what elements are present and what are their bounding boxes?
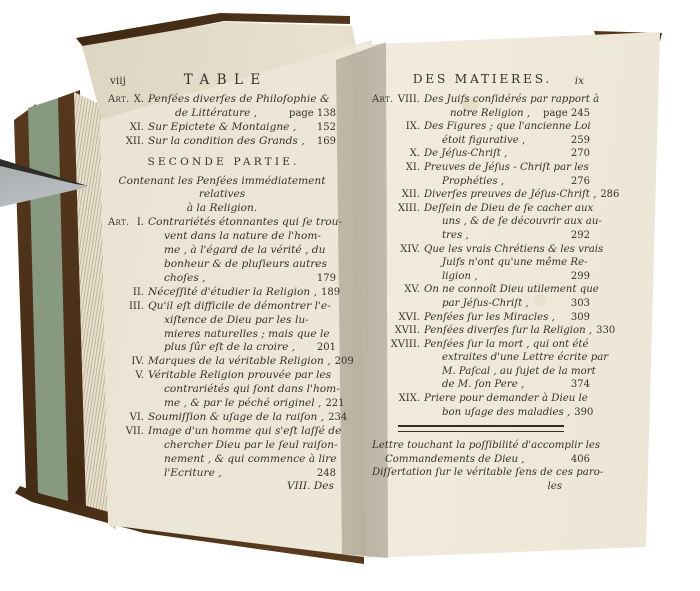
toc-line: tres ,292	[372, 229, 590, 243]
toc-line: Prophéties ,276	[372, 175, 590, 189]
toc-line-head: Art.X.	[108, 93, 148, 107]
toc-line: Lettre touchant la poſſibilité d'accompl…	[372, 439, 590, 453]
toc-entry-text: Diverſes preuves de Jéſus-Chriſt ,	[424, 188, 596, 202]
toc-entry-text: Deſſein de Dieu de ſe cacher aux	[424, 202, 593, 216]
toc-page-number: 330	[592, 324, 615, 338]
article-numeral: V.	[135, 369, 148, 383]
toc-line-head: IV.	[108, 355, 148, 369]
toc-line: Diſſertation ſur le véritable ſens de ce…	[372, 466, 590, 480]
toc-entry-text: notre Religion ,	[372, 107, 530, 121]
toc-line: me , à l'égard de la vérité , du	[108, 244, 336, 258]
toc-line: III.Qu'il eſt difficile de démontrer l'e…	[108, 300, 336, 314]
toc-line: bon uſage des maladies ,390	[372, 406, 590, 420]
toc-line-head: XI.	[108, 121, 148, 135]
toc-line-head: XI.	[372, 161, 424, 175]
article-numeral: II.	[133, 286, 148, 300]
toc-line: choſes ,179	[108, 272, 336, 286]
toc-line-head: V.	[108, 369, 148, 383]
toc-entry-text: ligion ,	[372, 270, 477, 284]
toc-entry-text: chercher Dieu par le ſeul raiſon-	[108, 439, 338, 453]
toc-entry-text: Néceſſité d'étudier la Religion ,	[148, 286, 317, 300]
toc-page-number: 406	[567, 453, 590, 467]
left-page-header: viij TABLE	[108, 72, 336, 90]
article-numeral: VII.	[126, 425, 148, 439]
toc-entry-text: Sur la condition des Grands ,	[148, 135, 305, 149]
toc-line: de Littérature ,page 138	[108, 107, 336, 121]
toc-entry-text: Penſées diverſes de Philoſophie &	[148, 93, 329, 107]
toc-line: à la Religion.	[108, 202, 336, 216]
toc-entry-text: Lettre touchant la poſſibilité d'accompl…	[372, 439, 600, 453]
toc-entry-text: Qu'il eſt difficile de démontrer l'e-	[148, 300, 331, 314]
toc-entry-text: nement , & qui commence à lire	[108, 453, 337, 467]
article-numeral: VI.	[130, 411, 148, 425]
article-numeral: XV.	[404, 283, 424, 297]
toc-line: par Jéſus-Chriſt ,303	[372, 297, 590, 311]
toc-entry-text: Sur Epictete & Montaigne ,	[148, 121, 296, 135]
toc-entry-text: Des Juifs conſidérés par rapport à	[424, 93, 599, 107]
toc-page-number: 390	[570, 406, 593, 420]
toc-line: uns , & de ſe découvrir aux au-	[372, 215, 590, 229]
toc-entry-text: Contrariétés étonnantes qui ſe trou-	[148, 216, 342, 230]
article-label: Art.	[108, 93, 129, 107]
toc-line: les	[372, 480, 590, 494]
toc-line: me , & par le péché originel ,221	[108, 397, 336, 411]
toc-line: étoit figurative ,259	[372, 134, 590, 148]
toc-line: plus ſûr eſt de la croire ,201	[108, 341, 336, 355]
toc-line-head: X.	[372, 147, 424, 161]
toc-entry-text: mieres naturelles ; mais que le	[108, 328, 330, 342]
toc-page-number: 286	[596, 188, 619, 202]
toc-page-number: 292	[567, 229, 590, 243]
book-photo: viij TABLE Art.X.Penſées diverſes de Phi…	[0, 0, 700, 591]
toc-entry-text: On ne connoît Dieu utilement que	[424, 283, 599, 297]
toc-line: de M. ſon Pere ,374	[372, 378, 590, 392]
toc-line-head: XVI.	[372, 311, 424, 325]
toc-line: IV.Marques de la véritable Religion ,209	[108, 355, 336, 369]
article-numeral: XI.	[130, 121, 148, 135]
toc-line: XIX.Priere pour demander à Dieu le	[372, 392, 590, 406]
toc-entry-text: De Jéſus-Chriſt ,	[424, 147, 507, 161]
toc-page-number: 299	[567, 270, 590, 284]
toc-line: xiſtence de Dieu par les lu-	[108, 314, 336, 328]
toc-entry-text: Penſées diverſes ſur la Religion ,	[424, 324, 592, 338]
toc-line-head: XII.	[108, 135, 148, 149]
toc-entry-text: contrariétés qui ſont dans l'hom-	[108, 383, 340, 397]
toc-line: XI.Preuves de Jéſus - Chriſt par les	[372, 161, 590, 175]
toc-line-head: XIII.	[372, 202, 424, 216]
article-numeral: III.	[129, 300, 148, 314]
toc-page-number: 270	[567, 147, 590, 161]
toc-entry-text: Commandements de Dieu ,	[372, 453, 525, 467]
toc-line: VI.Soumiſſion & uſage de la raiſon ,234	[108, 411, 336, 425]
toc-page-number: 221	[321, 397, 344, 411]
toc-page-number: page 245	[539, 107, 590, 121]
toc-entry-text: de Littérature ,	[108, 107, 257, 121]
toc-entry-text: Penſées ſur les Miracles ,	[424, 311, 555, 325]
toc-page-number: 259	[567, 134, 590, 148]
toc-line: X.De Jéſus-Chriſt ,270	[372, 147, 590, 161]
toc-line-head: VII.	[108, 425, 148, 439]
toc-page-number: 209	[331, 355, 354, 369]
toc-entry-text: M. Paſcal , au ſujet de la mort	[372, 365, 596, 379]
article-numeral: I.	[137, 216, 148, 230]
article-label: Art.	[108, 216, 129, 230]
toc-line: Commandements de Dieu ,406	[372, 453, 590, 467]
article-numeral: XVI.	[399, 311, 424, 325]
article-numeral: XIV.	[400, 243, 424, 257]
toc-line: V.Véritable Religion prouvée par les	[108, 369, 336, 383]
toc-line: IX.Des Figures ; que l'ancienne Loi	[372, 120, 590, 134]
toc-page-number: 189	[317, 286, 340, 300]
folio-number-right: ix	[575, 75, 584, 87]
toc-line: Art.X.Penſées diverſes de Philoſophie &	[108, 93, 336, 107]
toc-entry-text: Des Figures ; que l'ancienne Loi	[424, 120, 591, 134]
toc-entry-text: Image d'un homme qui s'eſt laſſé de	[148, 425, 341, 439]
toc-entry-text: tres ,	[372, 229, 469, 243]
toc-line: XI.Sur Epictete & Montaigne ,152	[108, 121, 336, 135]
toc-line: extraites d'une Lettre écrite par	[372, 351, 590, 365]
toc-entry-text: Preuves de Jéſus - Chriſt par les	[424, 161, 589, 175]
toc-line: vent dans la nature de l'hom-	[108, 230, 336, 244]
toc-entry-text: Soumiſſion & uſage de la raiſon ,	[148, 411, 324, 425]
toc-line: XII.Diverſes preuves de Jéſus-Chriſt ,28…	[372, 188, 590, 202]
toc-entry-text: xiſtence de Dieu par les lu-	[108, 314, 309, 328]
toc-line-head: VI.	[108, 411, 148, 425]
toc-entry-text: Juifs n'ont qu'une même Re-	[372, 256, 588, 270]
toc-entry-text: Véritable Religion prouvée par les	[148, 369, 331, 383]
article-numeral: X.	[410, 147, 424, 161]
running-title-left: TABLE	[108, 72, 336, 88]
toc-line-head: XII.	[372, 188, 424, 202]
toc-entry-text: par Jéſus-Chriſt ,	[372, 297, 529, 311]
toc-page-number: 152	[313, 121, 336, 135]
toc-entry-text: Prophéties ,	[372, 175, 504, 189]
toc-line: VII.Image d'un homme qui s'eſt laſſé de	[108, 425, 336, 439]
toc-line: Art.I.Contrariétés étonnantes qui ſe tro…	[108, 216, 336, 230]
toc-entry-text: Diſſertation ſur le véritable ſens de ce…	[372, 466, 603, 480]
toc-entry-text: choſes ,	[108, 272, 206, 286]
toc-line: Art.VIII.Des Juifs conſidérés par rappor…	[372, 93, 590, 107]
toc-page-number: 201	[313, 341, 336, 355]
toc-line-head: II.	[108, 286, 148, 300]
toc-line: mieres naturelles ; mais que le	[108, 328, 336, 342]
toc-line-head: Art.I.	[108, 216, 148, 230]
toc-entry-text: me , à l'égard de la vérité , du	[108, 244, 325, 258]
article-numeral: XII.	[402, 188, 424, 202]
toc-entry-text: Priere pour demander à Dieu le	[424, 392, 588, 406]
toc-line: II.Néceſſité d'étudier la Religion ,189	[108, 286, 336, 300]
toc-line: XIV.Que les vrais Chrétiens & les vrais	[372, 243, 590, 257]
toc-page-number: page 138	[285, 107, 336, 121]
toc-line: bonheur & de pluſieurs autres	[108, 258, 336, 272]
toc-line: Contenant les Penſées immédiatement rela…	[108, 175, 336, 203]
toc-entry-text: bonheur & de pluſieurs autres	[108, 258, 327, 272]
article-numeral: XIII.	[398, 202, 424, 216]
article-label: Art.	[372, 93, 393, 107]
toc-line: M. Paſcal , au ſujet de la mort	[372, 365, 590, 379]
double-rule	[398, 425, 564, 432]
toc-line-head: XV.	[372, 283, 424, 297]
toc-line: XVIII.Penſées ſur la mort , qui ont été	[372, 338, 590, 352]
folio-number-left: viij	[110, 75, 126, 87]
toc-entry-text: de M. ſon Pere ,	[372, 378, 524, 392]
article-numeral: VIII.	[398, 93, 424, 107]
article-numeral: XVII.	[395, 324, 424, 338]
toc-page-number: 169	[313, 135, 336, 149]
toc-line-head: XVII.	[372, 324, 424, 338]
toc-line: chercher Dieu par le ſeul raiſon-	[108, 439, 336, 453]
article-numeral: IX.	[406, 120, 424, 134]
toc-entry-text: Penſées ſur la mort , qui ont été	[424, 338, 589, 352]
toc-line: XVII.Penſées diverſes ſur la Religion ,3…	[372, 324, 590, 338]
toc-lines-right: Art.VIII.Des Juifs conſidérés par rappor…	[372, 93, 590, 494]
toc-line-head: XIV.	[372, 243, 424, 257]
article-numeral: IV.	[131, 355, 148, 369]
toc-line-head: IX.	[372, 120, 424, 134]
toc-page-number: 374	[567, 378, 590, 392]
toc-page-number: 248	[313, 467, 336, 481]
toc-line: ligion ,299	[372, 270, 590, 284]
toc-line: VIII. Des	[108, 480, 336, 494]
article-numeral: XI.	[406, 161, 424, 175]
toc-page-number: 303	[567, 297, 590, 311]
toc-line-head: III.	[108, 300, 148, 314]
article-numeral: XVIII.	[391, 338, 424, 352]
toc-line: XIII.Deſſein de Dieu de ſe cacher aux	[372, 202, 590, 216]
toc-entry-text: bon uſage des maladies ,	[372, 406, 570, 420]
article-numeral: XII.	[126, 135, 148, 149]
toc-entry-text: me , & par le péché originel ,	[108, 397, 321, 411]
toc-page-number: 309	[567, 311, 590, 325]
toc-entry-text: l'Ecriture ,	[108, 467, 222, 481]
toc-entry-text: vent dans la nature de l'hom-	[108, 230, 321, 244]
toc-entry-text: extraites d'une Lettre écrite par	[372, 351, 608, 365]
toc-line-head: XIX.	[372, 392, 424, 406]
running-title-right: DES MATIERES.	[372, 72, 590, 86]
toc-line-head: XVIII.	[372, 338, 424, 352]
toc-line: XVI.Penſées ſur les Miracles ,309	[372, 311, 590, 325]
toc-entry-text: étoit figurative ,	[372, 134, 525, 148]
toc-line: notre Religion ,page 245	[372, 107, 590, 121]
toc-entry-text: plus ſûr eſt de la croire ,	[108, 341, 295, 355]
toc-line: XII.Sur la condition des Grands ,169	[108, 135, 336, 149]
toc-line: SECONDE PARTIE.	[108, 156, 336, 170]
toc-page-number: 179	[313, 272, 336, 286]
toc-entry-text: Que les vrais Chrétiens & les vrais	[424, 243, 603, 257]
toc-lines-left: Art.X.Penſées diverſes de Philoſophie &d…	[108, 93, 336, 494]
toc-entry-text: uns , & de ſe découvrir aux au-	[372, 215, 602, 229]
right-page-text: DES MATIERES. ix Art.VIII.Des Juifs conſ…	[372, 72, 590, 494]
right-page-header: DES MATIERES. ix	[372, 72, 590, 90]
toc-line: l'Ecriture ,248	[108, 467, 336, 481]
toc-line: nement , & qui commence à lire	[108, 453, 336, 467]
left-page-text: viij TABLE Art.X.Penſées diverſes de Phi…	[108, 72, 336, 494]
toc-page-number: 276	[567, 175, 590, 189]
toc-line: contrariétés qui ſont dans l'hom-	[108, 383, 336, 397]
toc-line: XV.On ne connoît Dieu utilement que	[372, 283, 590, 297]
toc-entry-text: Marques de la véritable Religion ,	[148, 355, 331, 369]
toc-page-number: 234	[324, 411, 347, 425]
article-numeral: XIX.	[399, 392, 424, 406]
toc-line-head: Art.VIII.	[372, 93, 424, 107]
article-numeral: X.	[134, 93, 148, 107]
toc-line: Juifs n'ont qu'une même Re-	[372, 256, 590, 270]
